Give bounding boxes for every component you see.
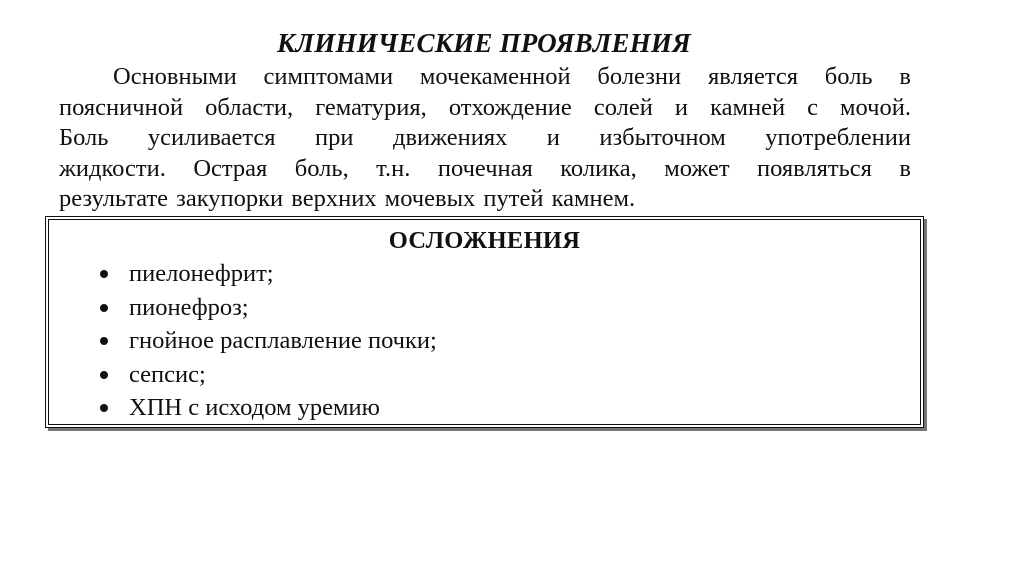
list-item-text: пионефроз;	[129, 294, 249, 321]
bullet-icon	[100, 337, 108, 345]
bullet-icon	[100, 304, 108, 312]
list-item: пиелонефрит;	[49, 257, 437, 291]
list-item-text: гнойное расплавление почки;	[129, 327, 437, 354]
list-item-text: сепсис;	[129, 361, 206, 388]
bullet-icon	[100, 371, 108, 379]
paragraph-line: Боль усиливается при движениях и избыточ…	[59, 123, 911, 154]
list-item-text: ХПН с исходом уремию	[129, 394, 380, 421]
complications-title: ОСЛОЖНЕНИЯ	[49, 226, 920, 256]
complications-box: ОСЛОЖНЕНИЯ пиелонефрит; пионефроз; гнойн…	[45, 216, 924, 428]
list-item: сепсис;	[49, 358, 437, 392]
document-page: КЛИНИЧЕСКИЕ ПРОЯВЛЕНИЯ Основными симптом…	[0, 0, 1024, 574]
paragraph-line: жидкости. Острая боль, т.н. почечная кол…	[59, 154, 911, 185]
list-item-text: пиелонефрит;	[129, 260, 274, 287]
section-title: КЛИНИЧЕСКИЕ ПРОЯВЛЕНИЯ	[0, 27, 968, 59]
paragraph-line: поясничной области, гематурия, отхождени…	[59, 93, 911, 124]
bullet-icon	[100, 404, 108, 412]
list-item: ХПН с исходом уремию	[49, 391, 437, 425]
list-item: пионефроз;	[49, 291, 437, 325]
bullet-icon	[100, 270, 108, 278]
paragraph-line: Основными симптомами мочекаменной болезн…	[59, 62, 911, 93]
list-item: гнойное расплавление почки;	[49, 324, 437, 358]
complications-list: пиелонефрит; пионефроз; гнойное расплавл…	[49, 257, 437, 425]
paragraph-line: результате закупорки верхних мочевых пут…	[59, 184, 911, 215]
clinical-description-paragraph: Основными симптомами мочекаменной болезн…	[59, 62, 911, 215]
